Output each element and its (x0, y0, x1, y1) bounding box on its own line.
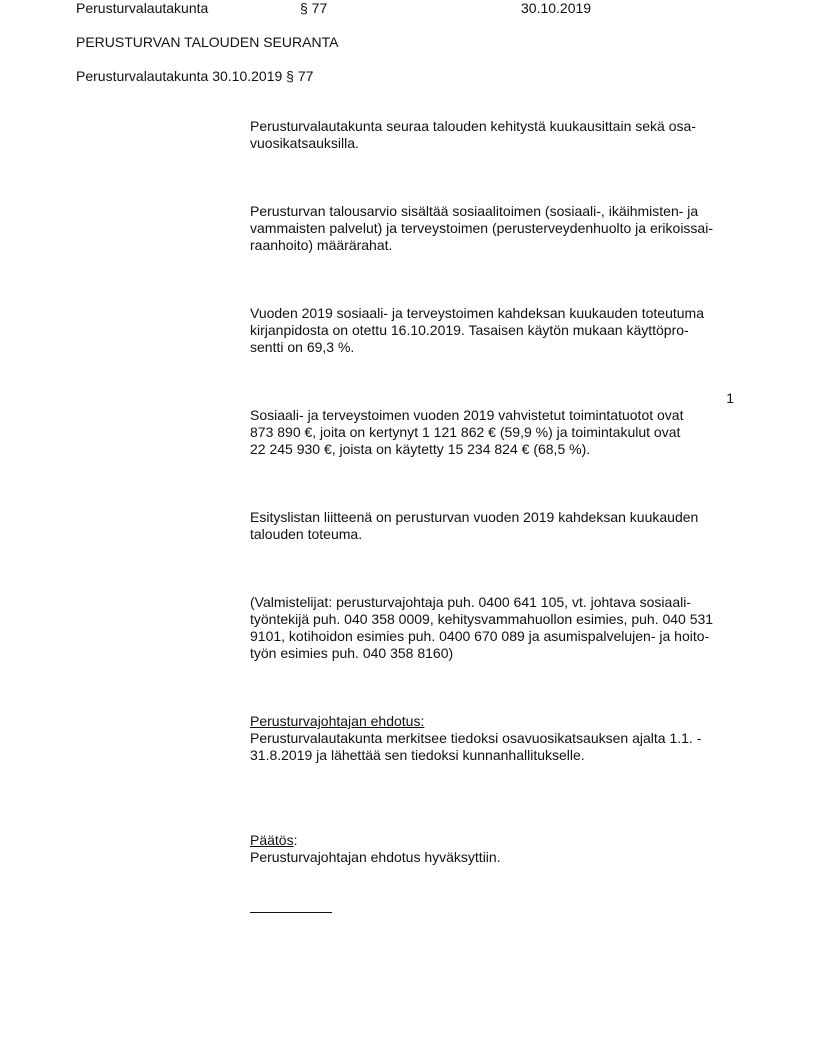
paragraph-budget: Perusturvan talousarvio sisältää sosiaal… (250, 186, 740, 271)
header-organ: Perusturvalautakunta (76, 0, 208, 17)
decision-text: Perusturvajohtajan ehdotus hyväksyttiin. (250, 849, 740, 866)
paragraph-preparers: (Valmistelijat: perusturvajohtaja puh. 0… (250, 577, 740, 679)
document-title: PERUSTURVAN TALOUDEN SEURANTA (76, 34, 338, 51)
paragraph-intro: Perusturvalautakunta seuraa talouden keh… (250, 101, 740, 169)
header-date: 30.10.2019 (521, 0, 591, 17)
proposal-section: Perusturvajohtajan ehdotus:Perusturvalau… (250, 696, 740, 781)
document-body: Perusturvalautakunta seuraa talouden keh… (250, 101, 740, 913)
paragraph-figures: Sosiaali- ja terveystoimen vuoden 2019 v… (250, 390, 740, 475)
proposal-heading: Perusturvajohtajan ehdotus: (250, 713, 740, 730)
paragraph-realization: Vuoden 2019 sosiaali- ja terveystoimen k… (250, 288, 740, 373)
paragraph-attachment: Esityslistan liitteenä on perusturvan vu… (250, 492, 740, 560)
decision-heading: Päätös: (250, 832, 740, 849)
decision-section: Päätös:Perusturvajohtajan ehdotus hyväks… (250, 815, 740, 883)
closing-separator (250, 900, 332, 913)
header-section: § 77 (300, 0, 327, 17)
document-reference: Perusturvalautakunta 30.10.2019 § 77 (76, 68, 313, 85)
